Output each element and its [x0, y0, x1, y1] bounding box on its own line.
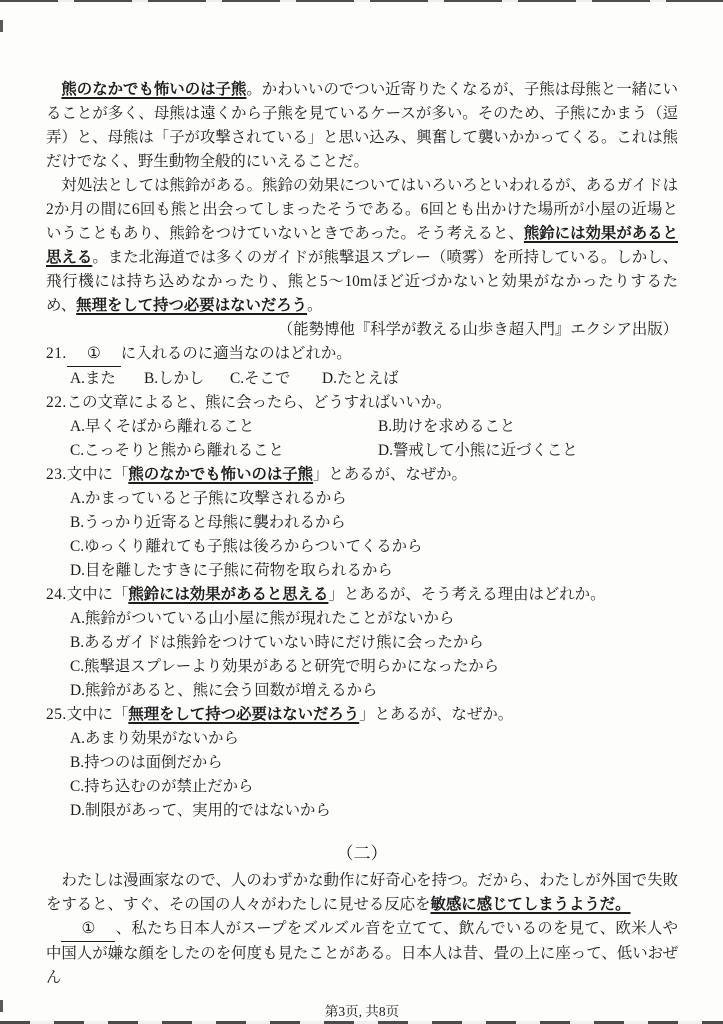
- passage-one: 熊のなかでも怖いのは子熊。かわいいのでつい近寄りたくなるが、子熊は母熊と一緒にい…: [46, 78, 678, 318]
- question-number: 22.: [46, 394, 67, 411]
- question-prompt: 23.文中に「熊のなかでも怖いのは子熊」とあるが、なぜか。: [46, 463, 678, 487]
- emphasized-underlined-text: 熊鈴には効果があると思える: [128, 586, 328, 603]
- question-21: 21.①に入れるのに適当なのはどれか。A.またB.しかしC.そこでD.たとえば: [46, 342, 678, 391]
- answer-option: A.かまっていると子熊に攻撃されるから: [70, 487, 678, 511]
- text-segment: 文中に「: [67, 586, 129, 603]
- question-prompt: 21.①に入れるのに適当なのはどれか。: [46, 342, 678, 367]
- source-attribution: （能勢博他『科学が教える山歩き超入門』エクシア出版）: [46, 318, 678, 342]
- text-segment: 。: [307, 297, 322, 314]
- question-options: A.またB.しかしC.そこでD.たとえば: [46, 367, 678, 391]
- question-22: 22.この文章によると、熊に会ったら、どうすればいいか。A.早くそばから離れるこ…: [46, 391, 678, 463]
- paragraph: ①、私たち日本人がスープをズルズル音を立てて、飲んでいるのを見て、欧米人や中国人…: [46, 917, 678, 990]
- answer-option: D.たとえば: [322, 367, 399, 391]
- answer-option: A.また: [70, 367, 144, 391]
- answer-option: C.持ち込むのが禁止だから: [70, 775, 678, 799]
- question-23: 23.文中に「熊のなかでも怖いのは子熊」とあるが、なぜか。A.かまっていると子熊…: [46, 463, 678, 583]
- answer-option: D.目を離したすきに子熊に荷物を取られるから: [70, 559, 678, 583]
- text-segment: 」とあるが、そう考える理由はどれか。: [328, 586, 605, 603]
- question-options: A.早くそばから離れることB.助けを求めることC.こっそりと熊から離れることD.…: [46, 415, 678, 463]
- paragraph: 対処法としては熊鈴がある。熊鈴の効果についてはいろいろといわれるが、あるガイドは…: [46, 174, 678, 318]
- answer-option: B.しかし: [144, 367, 230, 391]
- question-25: 25.文中に「無理をして持つ必要はないだろう」とあるが、なぜか。A.あまり効果が…: [46, 703, 678, 823]
- emphasized-underlined-text: 無理をして持つ必要はないだろう: [76, 297, 307, 314]
- paragraph: 熊のなかでも怖いのは子熊。かわいいのでつい近寄りたくなるが、子熊は母熊と一緒にい…: [46, 78, 678, 174]
- answer-option: D.警戒して小熊に近づくこと: [378, 439, 678, 463]
- question-prompt: 25.文中に「無理をして持つ必要はないだろう」とあるが、なぜか。: [46, 703, 678, 727]
- text-segment: に入れるのに適当なのはどれか。: [121, 345, 352, 362]
- answer-option: D.熊鈴があると、熊に会う回数が増えるから: [70, 679, 678, 703]
- text-segment: 」とあるが、なぜか。: [313, 466, 467, 483]
- question-prompt: 22.この文章によると、熊に会ったら、どうすればいいか。: [46, 391, 678, 415]
- question-prompt: 24.文中に「熊鈴には効果があると思える」とあるが、そう考える理由はどれか。: [46, 583, 678, 607]
- blank-circled-one: ①: [61, 917, 115, 942]
- question-number: 25.: [46, 706, 67, 723]
- text-segment: 」とあるが、なぜか。: [359, 706, 513, 723]
- question-options: A.かまっていると子熊に攻撃されるからB.うっかり近寄ると母熊に襲われるからC.…: [46, 487, 678, 583]
- scan-artifact-left-mark: [0, 1000, 3, 1012]
- blank-circled-one: ①: [67, 342, 121, 367]
- scan-artifact-left-mark: [0, 20, 3, 32]
- text-segment: 、私たち日本人がスープをズルズル音を立てて、飲んでいるのを見て、欧米人や中国人が…: [46, 920, 678, 986]
- questions-block: 21.①に入れるのに適当なのはどれか。A.またB.しかしC.そこでD.たとえば2…: [46, 342, 678, 823]
- answer-option: B.うっかり近寄ると母熊に襲われるから: [70, 511, 678, 535]
- answer-option: B.あるガイドは熊鈴をつけていない時にだけ熊に会ったから: [70, 631, 678, 655]
- answer-option: B.助けを求めること: [378, 415, 678, 439]
- answer-option: C.そこで: [230, 367, 322, 391]
- answer-option: C.こっそりと熊から離れること: [70, 439, 378, 463]
- question-number: 21.: [46, 345, 67, 362]
- question-number: 24.: [46, 586, 67, 603]
- question-options: A.熊鈴がついている山小屋に熊が現れたことがないからB.あるガイドは熊鈴をつけて…: [46, 607, 678, 703]
- emphasized-underlined-text: 敏感に感じてしまうようだ。: [430, 896, 630, 913]
- emphasized-underlined-text: 熊のなかでも怖いのは子熊: [128, 466, 313, 483]
- question-options: A.あまり効果がないからB.持つのは面倒だからC.持ち込むのが禁止だからD.制限…: [46, 727, 678, 823]
- question-number: 23.: [46, 466, 67, 483]
- passage-two: わたしは漫画家なので、人のわずかな動作に好奇心を持つ。だから、わたしが外国で失敗…: [46, 869, 678, 990]
- text-segment: 文中に「: [67, 706, 129, 723]
- text-segment: この文章によると、熊に会ったら、どうすればいいか。: [67, 394, 452, 411]
- question-24: 24.文中に「熊鈴には効果があると思える」とあるが、そう考える理由はどれか。A.…: [46, 583, 678, 703]
- answer-option: A.熊鈴がついている山小屋に熊が現れたことがないから: [70, 607, 678, 631]
- answer-option: A.あまり効果がないから: [70, 727, 678, 751]
- answer-option: D.制限があって、実用的ではないから: [70, 799, 678, 823]
- scanned-exam-page: 熊のなかでも怖いのは子熊。かわいいのでつい近寄りたくなるが、子熊は母熊と一緒にい…: [0, 0, 723, 1024]
- scan-artifact-top-edge: [0, 0, 723, 2]
- text-segment: 文中に「: [67, 466, 129, 483]
- section-two-heading: （二）: [46, 841, 678, 867]
- emphasized-underlined-text: 無理をして持つ必要はないだろう: [128, 706, 359, 723]
- answer-option: C.熊撃退スプレーより効果があると研究で明らかになったから: [70, 655, 678, 679]
- emphasized-underlined-text: 熊のなかでも怖いのは子熊: [61, 81, 246, 98]
- answer-option: A.早くそばから離れること: [70, 415, 378, 439]
- answer-option: B.持つのは面倒だから: [70, 751, 678, 775]
- page-content: 熊のなかでも怖いのは子熊。かわいいのでつい近寄りたくなるが、子熊は母熊と一緒にい…: [0, 0, 723, 1024]
- answer-option: C.ゆっくり離れても子熊は後ろからついてくるから: [70, 535, 678, 559]
- paragraph: わたしは漫画家なので、人のわずかな動作に好奇心を持つ。だから、わたしが外国で失敗…: [46, 869, 678, 917]
